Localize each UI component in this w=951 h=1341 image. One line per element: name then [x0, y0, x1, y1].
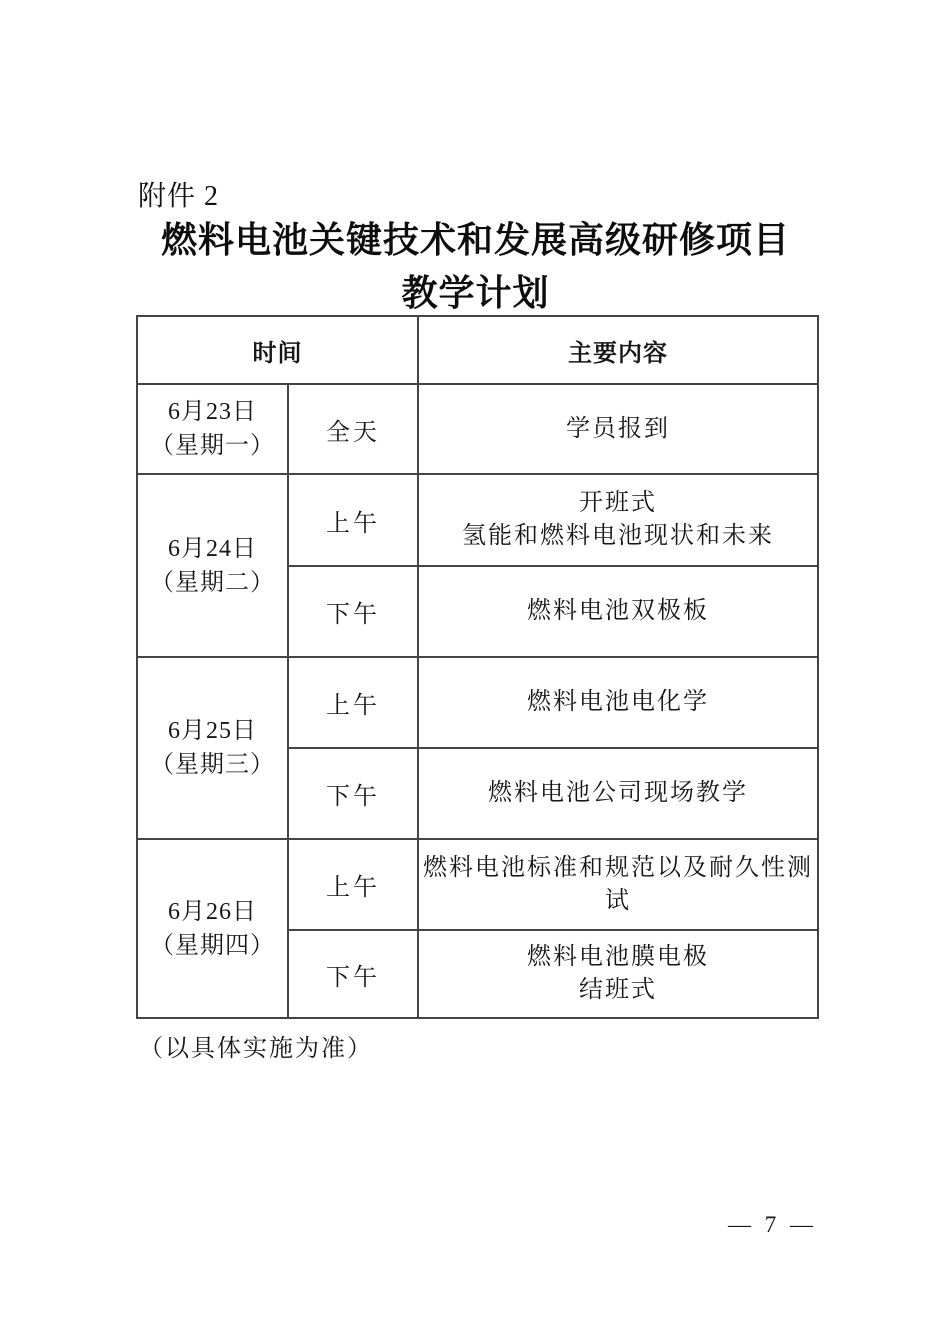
footnote: （以具体实施为准） [139, 1028, 373, 1063]
period-cell: 上午 [288, 657, 418, 748]
date-text: 6月25日 [138, 714, 287, 748]
date-cell: 6月24日 （星期二） [137, 474, 288, 657]
schedule-table: 时间 主要内容 6月23日 （星期一） 全天 学员报到 6月24日 （星期二） … [136, 315, 819, 1019]
date-cell: 6月23日 （星期一） [137, 384, 288, 474]
table-row: 6月23日 （星期一） 全天 学员报到 [137, 384, 818, 474]
weekday-text: （星期四） [138, 929, 287, 963]
content-cell: 开班式 氢能和燃料电池现状和未来 [418, 474, 818, 566]
table-row: 6月25日 （星期三） 上午 燃料电池电化学 [137, 657, 818, 748]
table-row: 6月26日 （星期四） 上午 燃料电池标准和规范以及耐久性测试 [137, 839, 818, 930]
table-header-content: 主要内容 [418, 316, 818, 384]
table-row: 6月24日 （星期二） 上午 开班式 氢能和燃料电池现状和未来 [137, 474, 818, 566]
period-cell: 下午 [288, 748, 418, 839]
content-line: 燃料电池电化学 [419, 686, 817, 719]
content-cell: 燃料电池双极板 [418, 566, 818, 657]
content-line: 燃料电池公司现场教学 [419, 777, 817, 810]
content-cell: 学员报到 [418, 384, 818, 474]
date-text: 6月24日 [138, 532, 287, 566]
table-header-row: 时间 主要内容 [137, 316, 818, 384]
document-title: 燃料电池关键技术和发展高级研修项目 教学计划 [0, 213, 951, 319]
content-cell: 燃料电池电化学 [418, 657, 818, 748]
date-cell: 6月26日 （星期四） [137, 839, 288, 1018]
period-cell: 上午 [288, 839, 418, 930]
content-line: 燃料电池膜电极 [419, 941, 817, 974]
page-number: — 7 — [728, 1212, 817, 1238]
period-cell: 下午 [288, 566, 418, 657]
content-line: 燃料电池双极板 [419, 595, 817, 628]
content-cell: 燃料电池膜电极 结班式 [418, 930, 818, 1018]
weekday-text: （星期一） [138, 429, 287, 463]
content-line: 结班式 [419, 974, 817, 1007]
date-text: 6月23日 [138, 395, 287, 429]
period-cell: 全天 [288, 384, 418, 474]
content-line: 学员报到 [419, 413, 817, 446]
document-page: 附件 2 燃料电池关键技术和发展高级研修项目 教学计划 时间 主要内容 6月23… [0, 0, 951, 1341]
content-line: 氢能和燃料电池现状和未来 [419, 520, 817, 553]
content-cell: 燃料电池标准和规范以及耐久性测试 [418, 839, 818, 930]
date-cell: 6月25日 （星期三） [137, 657, 288, 839]
period-cell: 下午 [288, 930, 418, 1018]
date-text: 6月26日 [138, 895, 287, 929]
period-cell: 上午 [288, 474, 418, 566]
content-line: 燃料电池标准和规范以及耐久性测试 [419, 852, 817, 918]
content-line: 开班式 [419, 487, 817, 520]
document-title-line2: 教学计划 [0, 266, 951, 319]
table-header-time: 时间 [137, 316, 418, 384]
weekday-text: （星期二） [138, 566, 287, 600]
document-title-line1: 燃料电池关键技术和发展高级研修项目 [0, 213, 951, 266]
weekday-text: （星期三） [138, 748, 287, 782]
attachment-label: 附件 2 [138, 174, 219, 214]
content-cell: 燃料电池公司现场教学 [418, 748, 818, 839]
